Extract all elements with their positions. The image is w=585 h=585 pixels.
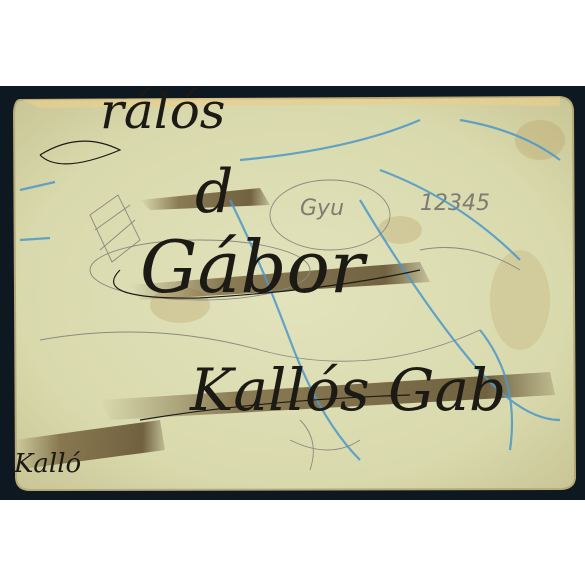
handwriting-line2: d — [195, 157, 233, 227]
handwriting-line3: Gábor — [140, 225, 368, 309]
handwriting-line4: Kallós Gab — [189, 356, 506, 424]
pencil-letters: Gyu — [300, 196, 344, 221]
pencil-numbers: 12345 — [420, 191, 490, 216]
handwriting-line1: rálós — [100, 82, 225, 140]
handwriting-line5: Kalló — [13, 449, 81, 479]
document-photo: Gyu 12345 rálós d Gábor Kallós Gab Kalló — [0, 0, 585, 585]
